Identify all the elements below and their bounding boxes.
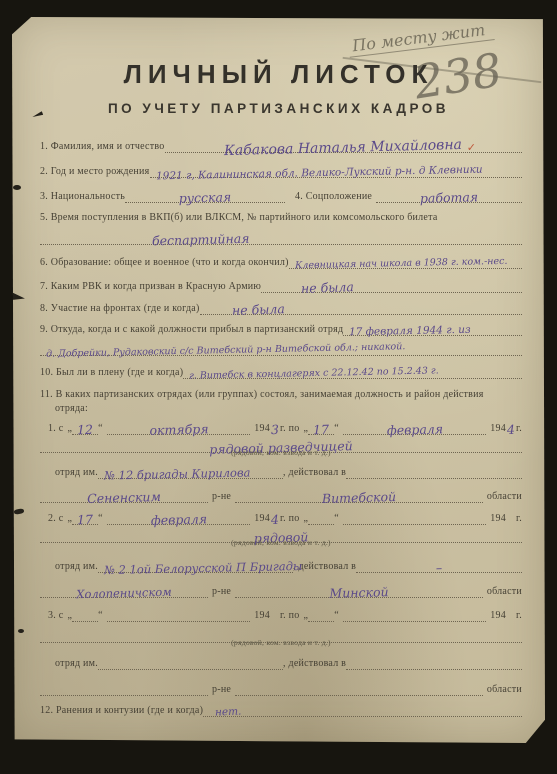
- entry2-district: Холопеничском: [76, 586, 172, 600]
- field-name-value: Кабакова Наталья Михайловна: [224, 139, 462, 157]
- field-wounds-line: нет.: [203, 703, 522, 717]
- field-arrival-cont: д. Добрейки, Рудаковский с/с Витебский р…: [40, 342, 522, 356]
- entry3-acted-line: [346, 656, 522, 670]
- entry1-to-day: 17: [313, 424, 329, 436]
- entry3-to-day-line: [308, 608, 334, 622]
- year-prefix: 194: [490, 512, 506, 525]
- entry1-acted-line: [346, 465, 522, 479]
- field-social-label: 4. Соцположение: [295, 190, 372, 203]
- entry2-acted: –: [436, 562, 443, 574]
- oblast-label: области: [487, 683, 522, 696]
- entry1-region: Витебской: [322, 491, 396, 505]
- quote-close: “: [334, 609, 339, 622]
- entry2-to-day-line: [308, 511, 334, 525]
- acted-label: , действовал в: [283, 466, 346, 479]
- entry3-num: 3. с: [48, 609, 63, 622]
- field-education-value: Клевницкая нач школа в 1938 г. ком.-нес.: [295, 256, 508, 272]
- entry3-district-row: р-не области: [40, 682, 522, 696]
- entry2-unit-row: отряд им. № 2 1ой Белорусской П Бригады …: [55, 559, 522, 573]
- scan-artifact: [13, 185, 21, 190]
- otryad-label: отряд им.: [55, 560, 98, 573]
- g: г.: [516, 512, 522, 525]
- entry1-from-day-line: 12: [72, 421, 98, 435]
- entry1-district-row: Сененским р-не Витебской области: [40, 489, 522, 503]
- entry1-dates: 1. с „ 12 “ октября 194 3 г. по „ 17 “ ф…: [48, 421, 522, 435]
- field-fronts: 8. Участие на фронтах (где и когда) не б…: [40, 301, 522, 315]
- quote-close: “: [334, 422, 339, 435]
- g-po: г. по: [280, 512, 300, 525]
- year-prefix: 194: [254, 422, 270, 435]
- field-name-line: Кабакова Наталья Михайловна ✓: [165, 139, 522, 153]
- field-arrival-value1: 17 февраля 1944 г. из: [349, 324, 471, 339]
- field-party-label: 5. Время поступления в ВКП(б) или ВЛКСМ,…: [40, 211, 438, 224]
- field-wounds-value: нет.: [215, 706, 242, 719]
- entry3-to-month-line: [343, 608, 486, 622]
- entry1-unit: № 12 бригады Кирилова: [104, 466, 251, 481]
- field-name: 1. Фамилия, имя и отчество Кабакова Ната…: [40, 139, 522, 153]
- entry2-from-day: 17: [77, 514, 93, 526]
- quote-close: “: [98, 609, 103, 622]
- form-subtitle: ПО УЧЕТУ ПАРТИЗАНСКИХ КАДРОВ: [12, 101, 545, 116]
- otryad-label: отряд им.: [55, 657, 98, 670]
- entry1-num: 1. с: [48, 422, 63, 435]
- entry3-unit-line: [98, 656, 283, 670]
- role-caption: (рядовой, ком. взвода и т. д.): [40, 638, 522, 647]
- entry2-num: 2. с: [48, 512, 63, 525]
- scanned-document-page: { "annotations": { "top_note": "По месту…: [0, 0, 557, 774]
- field-fronts-line: не была: [200, 301, 522, 315]
- entry1-district: Сененским: [87, 491, 161, 505]
- document-paper: По месту жит 238 ЛИЧНЫЙ ЛИСТОК ПО УЧЕТУ …: [12, 17, 545, 743]
- field-captivity-label: 10. Был ли в плену (где и когда): [40, 366, 183, 379]
- entry1-region-line: Витебской: [235, 489, 483, 503]
- entry1-from-month-line: октября: [107, 421, 250, 435]
- role-caption: (рядовой, ком. взвода и т. д.): [40, 538, 522, 547]
- g: г.: [516, 609, 522, 622]
- entry2-district-line: Холопеничском: [40, 584, 208, 598]
- field-units-header: 11. В каких партизанских отрядах (или гр…: [40, 387, 522, 401]
- field-fronts-label: 8. Участие на фронтах (где и когда): [40, 302, 200, 315]
- year-prefix: 194: [254, 512, 270, 525]
- entry3-district-line: [40, 682, 208, 696]
- otryad-label: отряд им.: [55, 466, 98, 479]
- field-rvk-label: 7. Каким РВК и когда призван в Красную А…: [40, 280, 261, 293]
- entry1-from-day: 12: [77, 424, 93, 436]
- field-wounds: 12. Ранения и контузии (где и когда) нет…: [40, 703, 522, 717]
- role-caption: (рядовой, ком. взвода и т. д.): [40, 448, 522, 457]
- g-po: г. по: [280, 609, 300, 622]
- field-birth-line: 1921 г, Калининская обл. Велико-Лукский …: [150, 164, 523, 178]
- oblast-label: области: [487, 490, 522, 503]
- field-units-label: 11. В каких партизанских отрядах (или гр…: [40, 388, 484, 401]
- field-arrival-label: 9. Откуда, когда и с какой должности при…: [40, 323, 343, 336]
- entry2-from-year-digit: 4: [271, 514, 279, 526]
- field-arrival-line1: 17 февраля 1944 г. из: [343, 322, 522, 336]
- field-party: 5. Время поступления в ВКП(б) или ВЛКСМ,…: [40, 210, 522, 224]
- entry2-region: Минской: [329, 586, 388, 600]
- rne-label: р-не: [212, 683, 231, 696]
- field-arrival-line2: д. Добрейки, Рудаковский с/с Витебский р…: [40, 342, 522, 356]
- year-prefix: 194: [490, 609, 506, 622]
- entry1-to-month: февраля: [386, 423, 442, 436]
- entry1-from-year-digit: 3: [271, 424, 279, 436]
- scan-artifact: [18, 629, 24, 633]
- field-captivity-line: г. Витебск в концлагерях с 22.12.42 по 1…: [183, 365, 522, 379]
- field-arrival-value2: д. Добрейки, Рудаковский с/с Витебский р…: [46, 341, 406, 361]
- entry1-to-year-digit: 4: [507, 424, 515, 436]
- field-nationality-value: русская: [179, 191, 232, 204]
- field-party-line: беспартийная: [40, 231, 522, 245]
- rne-label: р-не: [212, 490, 231, 503]
- field-birth-value: 1921 г, Калининская обл. Велико-Лукский …: [155, 164, 482, 183]
- entry2-from-day-line: 17: [72, 511, 98, 525]
- quote-close: “: [98, 422, 103, 435]
- field-captivity-value: г. Витебск в концлагерях с 22.12.42 по 1…: [189, 365, 439, 382]
- entry1-to-day-line: 17: [308, 421, 334, 435]
- entry3-dates: 3. с „ “ 194 г. по „ “ 194 г.: [48, 608, 522, 622]
- field-name-label: 1. Фамилия, имя и отчество: [40, 140, 165, 153]
- field-nationality-social: 3. Национальность русская 4. Соцположени…: [40, 189, 522, 203]
- acted-label: , действовал в: [283, 657, 346, 670]
- field-education-line: Клевницкая нач школа в 1938 г. ком.-нес.: [289, 255, 522, 269]
- entry3-from-month-line: [107, 608, 250, 622]
- entry2-district-row: Холопеничском р-не Минской области: [40, 584, 522, 598]
- field-rvk-value: не была: [301, 281, 354, 295]
- rne-label: р-не: [212, 585, 231, 598]
- year-prefix: 194: [490, 422, 506, 435]
- oblast-label: области: [487, 585, 522, 598]
- g-po: г. по: [280, 422, 300, 435]
- field-nationality-label: 3. Национальность: [40, 190, 125, 203]
- field-birth-label: 2. Год и место рождения: [40, 165, 150, 178]
- field-captivity: 10. Был ли в плену (где и когда) г. Вите…: [40, 365, 522, 379]
- field-units-header2: отряда:: [40, 401, 522, 415]
- scan-artifact: [11, 293, 25, 303]
- acted-label: , действовал в: [293, 560, 356, 573]
- field-rvk: 7. Каким РВК и когда призван в Красную А…: [40, 279, 522, 293]
- entry3-from-day-line: [72, 608, 98, 622]
- quote-close: “: [98, 512, 103, 525]
- field-party-answer: беспартийная: [40, 231, 522, 245]
- field-education: 6. Образование: общее и военное (что и к…: [40, 255, 522, 269]
- field-education-label: 6. Образование: общее и военное (что и к…: [40, 256, 289, 269]
- red-check-mark: ✓: [467, 141, 476, 154]
- entry2-unit: № 2 1ой Белорусской П Бригады: [104, 560, 303, 576]
- entry1-district-line: Сененским: [40, 489, 208, 503]
- entry1-unit-line: № 12 бригады Кирилова: [98, 465, 283, 479]
- entry1-unit-row: отряд им. № 12 бригады Кирилова , действ…: [55, 465, 522, 479]
- entry2-to-month-line: [343, 511, 486, 525]
- entry2-acted-line: –: [356, 559, 522, 573]
- entry2-from-month-line: февраля: [107, 511, 250, 525]
- entry2-dates: 2. с „ 17 “ февраля 194 4 г. по „ “ 194 …: [48, 511, 522, 525]
- entry3-region-line: [235, 682, 483, 696]
- entry3-unit-row: отряд им. , действовал в: [55, 656, 522, 670]
- entry2-from-month: февраля: [150, 513, 206, 526]
- field-rvk-line: не была: [261, 279, 522, 293]
- field-fronts-value: не была: [231, 303, 284, 317]
- field-birth: 2. Год и место рождения 1921 г, Калининс…: [40, 164, 522, 178]
- field-nationality-line: русская: [125, 189, 285, 203]
- entry1-to-month-line: февраля: [343, 421, 486, 435]
- scan-artifact: [14, 508, 25, 515]
- entry1-from-month: октября: [149, 423, 208, 437]
- entry2-unit-line: № 2 1ой Белорусской П Бригады: [98, 559, 293, 573]
- field-arrival: 9. Откуда, когда и с какой должности при…: [40, 322, 522, 336]
- g: г.: [516, 422, 522, 435]
- entry2-region-line: Минской: [235, 584, 483, 598]
- field-social-line: работая: [376, 189, 522, 203]
- field-party-value: беспартийная: [152, 233, 250, 248]
- quote-close: “: [334, 512, 339, 525]
- form-title: ЛИЧНЫЙ ЛИСТОК: [12, 59, 545, 90]
- year-prefix: 194: [254, 609, 270, 622]
- field-units-label2: отряда:: [55, 402, 88, 415]
- field-social-value: работая: [420, 191, 478, 205]
- field-wounds-label: 12. Ранения и контузии (где и когда): [40, 704, 203, 717]
